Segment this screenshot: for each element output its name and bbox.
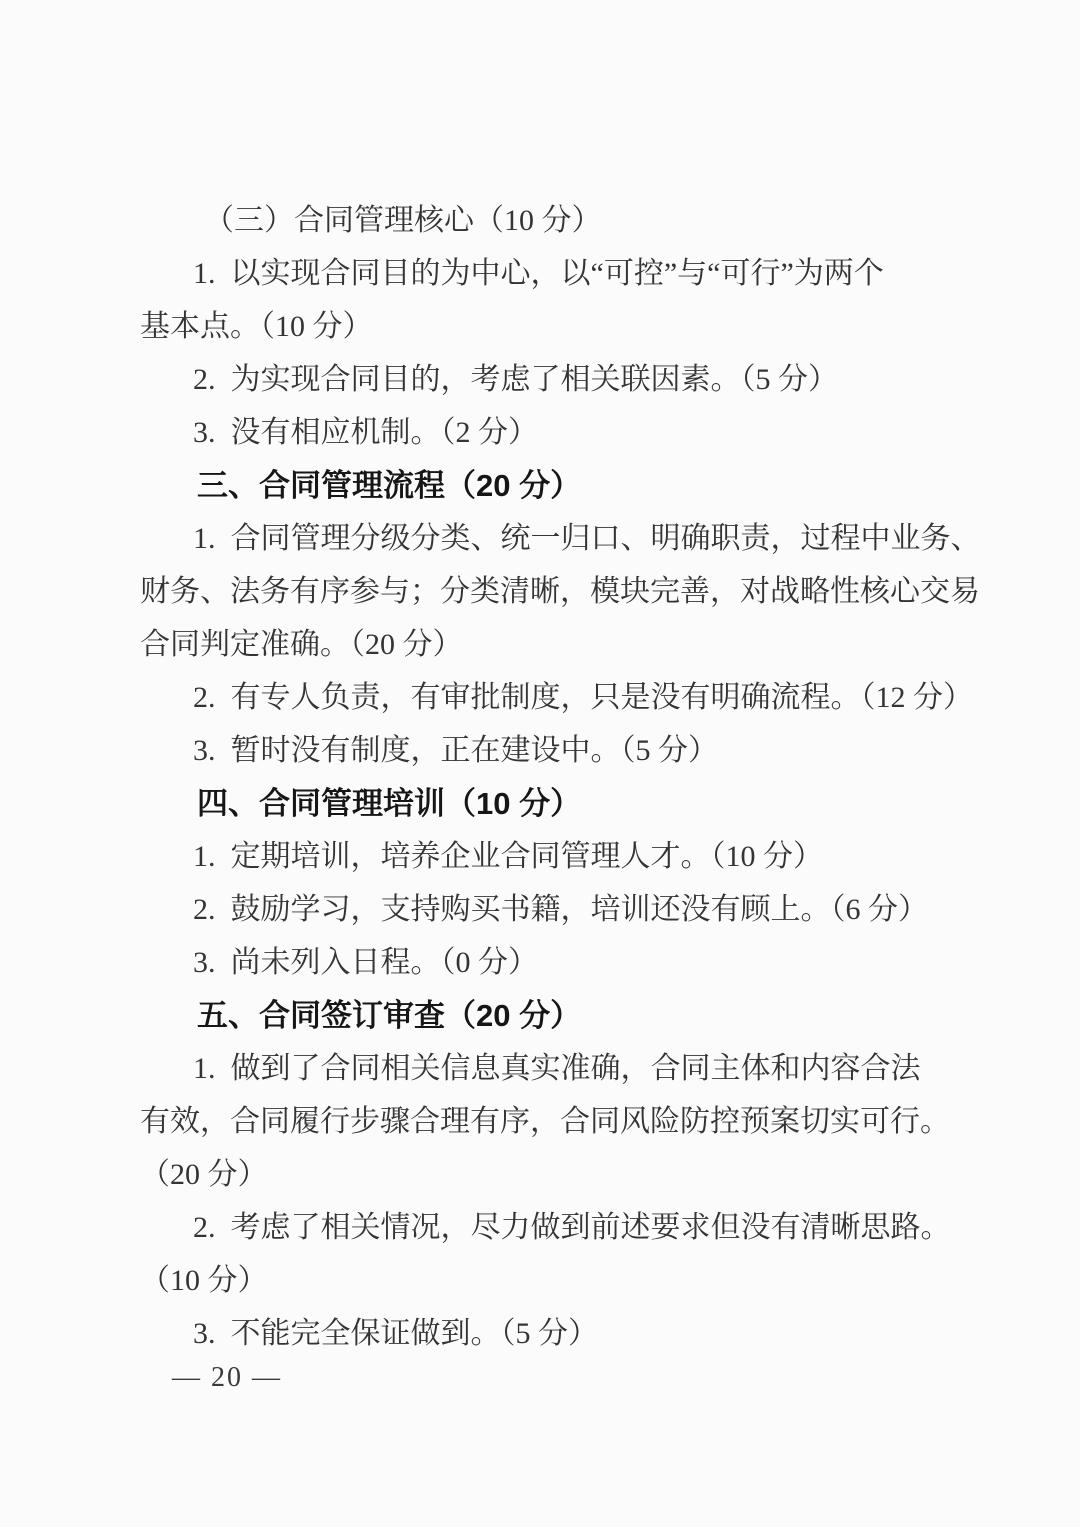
document-body: （三）合同管理核心（10 分）1. 以实现合同目的为中心，以“可控”与“可行”为… (140, 194, 1020, 1360)
text-line: 3. 暂时没有制度，正在建设中。（5 分） (140, 724, 1020, 777)
document-page: （三）合同管理核心（10 分）1. 以实现合同目的为中心，以“可控”与“可行”为… (0, 0, 1080, 1527)
paragraph-item-1: 1. 以实现合同目的为中心，以“可控”与“可行”为两个基本点。（10 分） (140, 247, 1020, 353)
paragraph-item-2: 2. 鼓励学习，支持购买书籍，培训还没有顾上。（6 分） (140, 883, 1020, 936)
text-line: 2. 考虑了相关情况，尽力做到前述要求但没有清晰思路。 (140, 1201, 1020, 1254)
paragraph-item-3: 3. 暂时没有制度，正在建设中。（5 分） (140, 724, 1020, 777)
text-line: 3. 没有相应机制。（2 分） (140, 406, 1020, 459)
text-line: 2. 鼓励学习，支持购买书籍，培训还没有顾上。（6 分） (140, 883, 1020, 936)
paragraph-item-3: 3. 尚未列入日程。（0 分） (140, 936, 1020, 989)
page-number: — 20 — (172, 1358, 282, 1398)
section-heading-3: 三、合同管理流程（20 分） (140, 459, 1020, 512)
text-line: （三）合同管理核心（10 分） (140, 194, 1020, 247)
paragraph-item-2: 2. 考虑了相关情况，尽力做到前述要求但没有清晰思路。（10 分） (140, 1201, 1020, 1307)
section-heading-4: 四、合同管理培训（10 分） (140, 777, 1020, 830)
text-line: 基本点。（10 分） (140, 300, 1020, 353)
text-line: 3. 尚未列入日程。（0 分） (140, 936, 1020, 989)
text-line: 1. 做到了合同相关信息真实准确，合同主体和内容合法 (140, 1042, 1020, 1095)
paragraph-item-1: 1. 定期培训，培养企业合同管理人才。（10 分） (140, 830, 1020, 883)
paragraph-item-2: 2. 有专人负责，有审批制度，只是没有明确流程。（12 分） (140, 671, 1020, 724)
text-line: 3. 不能完全保证做到。（5 分） (140, 1307, 1020, 1360)
text-line: 有效，合同履行步骤合理有序，合同风险防控预案切实可行。 (140, 1095, 1020, 1148)
text-line: 四、合同管理培训（10 分） (140, 777, 1020, 830)
text-line: （10 分） (140, 1254, 1020, 1307)
paragraph-item-2: 2. 为实现合同目的，考虑了相关联因素。（5 分） (140, 353, 1020, 406)
paragraph-subsection-heading-3: （三）合同管理核心（10 分） (140, 194, 1020, 247)
text-line: 1. 定期培训，培养企业合同管理人才。（10 分） (140, 830, 1020, 883)
text-line: （20 分） (140, 1148, 1020, 1201)
text-line: 三、合同管理流程（20 分） (140, 459, 1020, 512)
paragraph-item-3: 3. 没有相应机制。（2 分） (140, 406, 1020, 459)
text-line: 财务、法务有序参与；分类清晰，模块完善，对战略性核心交易 (140, 565, 1020, 618)
text-line: 五、合同签订审查（20 分） (140, 989, 1020, 1042)
text-line: 1. 合同管理分级分类、统一归口、明确职责，过程中业务、 (140, 512, 1020, 565)
text-line: 合同判定准确。（20 分） (140, 618, 1020, 671)
paragraph-item-3: 3. 不能完全保证做到。（5 分） (140, 1307, 1020, 1360)
text-line: 2. 为实现合同目的，考虑了相关联因素。（5 分） (140, 353, 1020, 406)
text-line: 2. 有专人负责，有审批制度，只是没有明确流程。（12 分） (140, 671, 1020, 724)
paragraph-item-1: 1. 合同管理分级分类、统一归口、明确职责，过程中业务、财务、法务有序参与；分类… (140, 512, 1020, 671)
section-heading-5: 五、合同签订审查（20 分） (140, 989, 1020, 1042)
text-line: 1. 以实现合同目的为中心，以“可控”与“可行”为两个 (140, 247, 1020, 300)
paragraph-item-1: 1. 做到了合同相关信息真实准确，合同主体和内容合法有效，合同履行步骤合理有序，… (140, 1042, 1020, 1201)
